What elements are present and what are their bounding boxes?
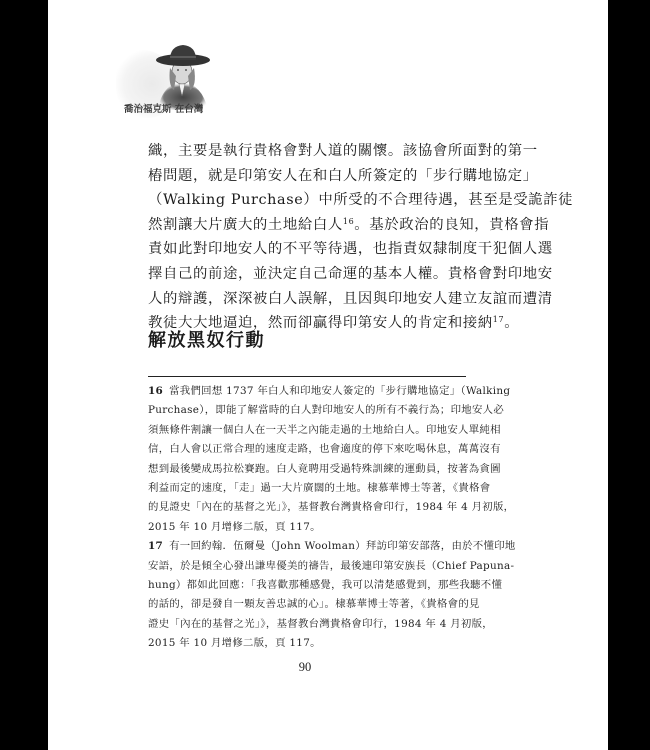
footnote-ref-17[interactable]: 17 [493,315,504,324]
footnote-17: 17有一回約翰．伍爾曼（John Woolman）拜訪印第安部落，由於不懂印地 … [148,537,514,653]
body-line: 織，主要是執行貴格會對人道的關懷。該協會所面對的第一 [148,139,513,164]
body-line: （Walking Purchase）中所受的不合理待遇，甚至是受詭詐徒 [148,188,513,213]
header-logo: 喬治福克斯 在台灣 [108,38,238,118]
page-number: 90 [48,660,514,675]
footnote-divider [148,376,466,377]
body-line: 人的辯護，深深被白人誤解，且因與印地安人建立友誼而遭清 [148,287,513,312]
footnote-number: 17 [148,540,163,552]
body-paragraph: 織，主要是執行貴格會對人道的關懷。該協會所面對的第一 樁問題，就是印第安人在和白… [148,139,513,336]
logo-caption: 喬治福克斯 在台灣 [124,101,203,115]
body-line: 擇自己的前途，並決定自己命運的基本人權。貴格會對印地安 [148,262,513,287]
portrait-icon [152,38,212,110]
footnote-ref-16[interactable]: 16 [343,217,354,226]
section-heading: 解放黑奴行動 [148,326,265,352]
footnotes: 16當我們回想 1737 年白人和印地安人簽定的「步行購地協定」（Walking… [148,382,514,654]
body-line: 然割讓大片廣大的土地給白人16。基於政治的良知，貴格會指 [148,213,513,238]
body-line: 樁問題，就是印第安人在和白人所簽定的「步行購地協定」 [148,164,513,189]
footnote-number: 16 [148,385,163,397]
body-line: 責如此對印地安人的不平等待遇，也指責奴隸制度干犯個人選 [148,237,513,262]
book-page: 喬治福克斯 在台灣 織，主要是執行貴格會對人道的關懷。該協會所面對的第一 樁問題… [48,0,608,750]
footnote-16: 16當我們回想 1737 年白人和印地安人簽定的「步行購地協定」（Walking… [148,382,514,537]
